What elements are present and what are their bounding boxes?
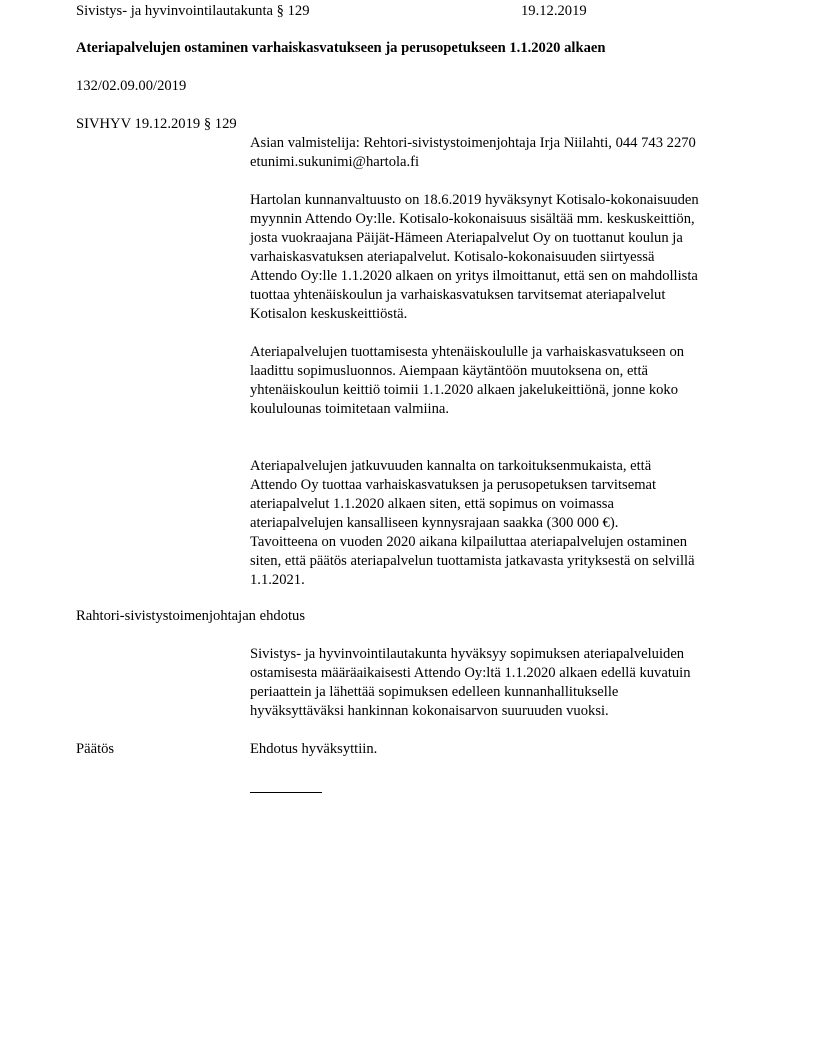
proposal-text: Sivistys- ja hyvinvointilautakunta hyväk…	[250, 645, 750, 721]
decision-label: Päätös	[76, 740, 114, 759]
text-line: Hartolan kunnanvaltuusto on 18.6.2019 hy…	[250, 191, 750, 210]
text-line: Ateriapalvelujen jatkuvuuden kannalta on…	[250, 457, 750, 476]
text-line: yhtenäiskoulun keittiö toimii 1.1.2020 a…	[250, 381, 750, 400]
text-line: periaattein ja lähettää sopimuksen edell…	[250, 683, 750, 702]
paragraph-continuity: Ateriapalvelujen jatkuvuuden kannalta on…	[250, 457, 750, 533]
text-line: ateriapalvelujen kansalliseen kynnysraja…	[250, 514, 750, 533]
text-line: 1.1.2021.	[250, 571, 750, 590]
text-line: Kotisalon keskuskeittiöstä.	[250, 305, 750, 324]
signature-divider	[250, 792, 322, 793]
text-line: koululounas toimitetaan valmiina.	[250, 400, 750, 419]
text-line: Tavoitteena on vuoden 2020 aikana kilpai…	[250, 533, 750, 552]
text-line: ostamisesta määräaikaisesti Attendo Oy:l…	[250, 664, 750, 683]
meeting-reference: SIVHYV 19.12.2019 § 129	[76, 115, 237, 134]
paragraph-goal: Tavoitteena on vuoden 2020 aikana kilpai…	[250, 533, 750, 590]
preparer-email: etunimi.sukunimi@hartola.fi	[250, 153, 750, 172]
paragraph-background: Hartolan kunnanvaltuusto on 18.6.2019 hy…	[250, 191, 750, 324]
document-number: 132/02.09.00/2019	[76, 77, 186, 96]
text-line: tuottaa yhtenäiskoulun ja varhaiskasvatu…	[250, 286, 750, 305]
preparer-line: Asian valmistelija: Rehtori-sivistystoim…	[250, 134, 750, 153]
text-line: hyväksyttäväksi hankinnan kokonaisarvon …	[250, 702, 750, 721]
paragraph-contract-draft: Ateriapalvelujen tuottamisesta yhtenäisk…	[250, 343, 750, 419]
text-line: laadittu sopimusluonnos. Aiempaan käytän…	[250, 362, 750, 381]
text-line: josta vuokraajana Päijät-Hämeen Ateriapa…	[250, 229, 750, 248]
meeting-date: 19.12.2019	[521, 2, 587, 21]
text-line: ateriapalvelut 1.1.2020 alkaen siten, et…	[250, 495, 750, 514]
text-line: siten, että päätös ateriapalvelun tuotta…	[250, 552, 750, 571]
preparer-info: Asian valmistelija: Rehtori-sivistystoim…	[250, 134, 750, 172]
text-line: varhaiskasvatuksen ateriapalvelut. Kotis…	[250, 248, 750, 267]
proposal-label: Rahtori-sivistystoimenjohtajan ehdotus	[76, 607, 305, 626]
text-line: Ateriapalvelujen tuottamisesta yhtenäisk…	[250, 343, 750, 362]
text-line: Attendo Oy tuottaa varhaiskasvatuksen ja…	[250, 476, 750, 495]
text-line: myynnin Attendo Oy:lle. Kotisalo-kokonai…	[250, 210, 750, 229]
text-line: Attendo Oy:lle 1.1.2020 alkaen on yritys…	[250, 267, 750, 286]
document-title: Ateriapalvelujen ostaminen varhaiskasvat…	[76, 39, 605, 58]
decision-text: Ehdotus hyväksyttiin.	[250, 740, 377, 759]
text-line: Sivistys- ja hyvinvointilautakunta hyväk…	[250, 645, 750, 664]
committee-header: Sivistys- ja hyvinvointilautakunta § 129	[76, 2, 310, 21]
